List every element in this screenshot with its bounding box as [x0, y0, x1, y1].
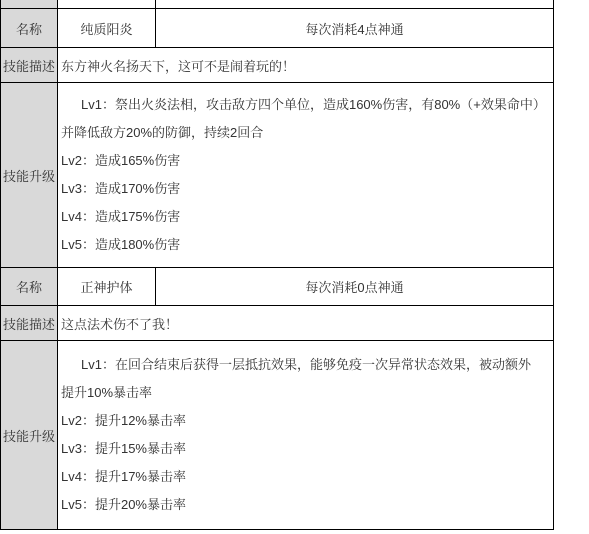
- upgrade-level-line: Lv5：造成180%伤害: [61, 231, 541, 259]
- skill1-desc-cell: 东方神火名扬天下，这可不是闹着玩的！: [58, 48, 554, 83]
- upgrade-level-line: Lv3：提升15%暴击率: [61, 435, 541, 463]
- skill1-upgrade-label-cell: 技能升级: [1, 83, 58, 268]
- cropped-row: [1, 0, 554, 9]
- upgrade-level-line: Lv2：提升12%暴击率: [61, 407, 541, 435]
- skill1-name-row: 名称 纯质阳炎 每次消耗4点神通: [1, 9, 554, 48]
- skill-info-table: 名称 纯质阳炎 每次消耗4点神通 技能描述 东方神火名扬天下，这可不是闹着玩的！…: [0, 0, 554, 530]
- skill2-name-row: 名称 正神护体 每次消耗0点神通: [1, 268, 554, 306]
- skill1-cost-cell: 每次消耗4点神通: [156, 9, 554, 48]
- skill2-upgrade-row: 技能升级 Lv1：在回合结束后获得一层抵抗效果，能够免疫一次异常状态效果，被动额…: [1, 341, 554, 530]
- upgrade-level-line: Lv5：提升20%暴击率: [61, 491, 541, 519]
- upgrade-level-line: Lv1：在回合结束后获得一层抵抗效果，能够免疫一次异常状态效果，被动额外提升10…: [61, 351, 541, 407]
- skill2-cost-cell: 每次消耗0点神通: [156, 268, 554, 306]
- cropped-label-cell: [1, 0, 58, 9]
- skill1-name-label-cell: 名称: [1, 9, 58, 48]
- upgrade-level-line: Lv3：造成170%伤害: [61, 175, 541, 203]
- cropped-cell: [58, 0, 156, 9]
- upgrade-level-line: Lv2：造成165%伤害: [61, 147, 541, 175]
- upgrade-level-line: Lv4：提升17%暴击率: [61, 463, 541, 491]
- page: 名称 纯质阳炎 每次消耗4点神通 技能描述 东方神火名扬天下，这可不是闹着玩的！…: [0, 0, 589, 534]
- skill2-name-cell: 正神护体: [58, 268, 156, 306]
- skill1-name-cell: 纯质阳炎: [58, 9, 156, 48]
- cropped-cell: [156, 0, 554, 9]
- skill2-desc-cell: 这点法术伤不了我！: [58, 306, 554, 341]
- skill2-desc-label-cell: 技能描述: [1, 306, 58, 341]
- skill1-upgrade-row: 技能升级 Lv1：祭出火炎法相，攻击敌方四个单位，造成160%伤害，有80%（+…: [1, 83, 554, 268]
- skill1-upgrade-cell: Lv1：祭出火炎法相，攻击敌方四个单位，造成160%伤害，有80%（+效果命中）…: [58, 83, 554, 268]
- skill2-upgrade-cell: Lv1：在回合结束后获得一层抵抗效果，能够免疫一次异常状态效果，被动额外提升10…: [58, 341, 554, 530]
- skill1-desc-row: 技能描述 东方神火名扬天下，这可不是闹着玩的！: [1, 48, 554, 83]
- skill2-upgrade-label-cell: 技能升级: [1, 341, 58, 530]
- skill2-name-label-cell: 名称: [1, 268, 58, 306]
- upgrade-level-line: Lv1：祭出火炎法相，攻击敌方四个单位，造成160%伤害，有80%（+效果命中）…: [61, 91, 541, 147]
- skill1-desc-label-cell: 技能描述: [1, 48, 58, 83]
- skill2-desc-row: 技能描述 这点法术伤不了我！: [1, 306, 554, 341]
- upgrade-level-line: Lv4：造成175%伤害: [61, 203, 541, 231]
